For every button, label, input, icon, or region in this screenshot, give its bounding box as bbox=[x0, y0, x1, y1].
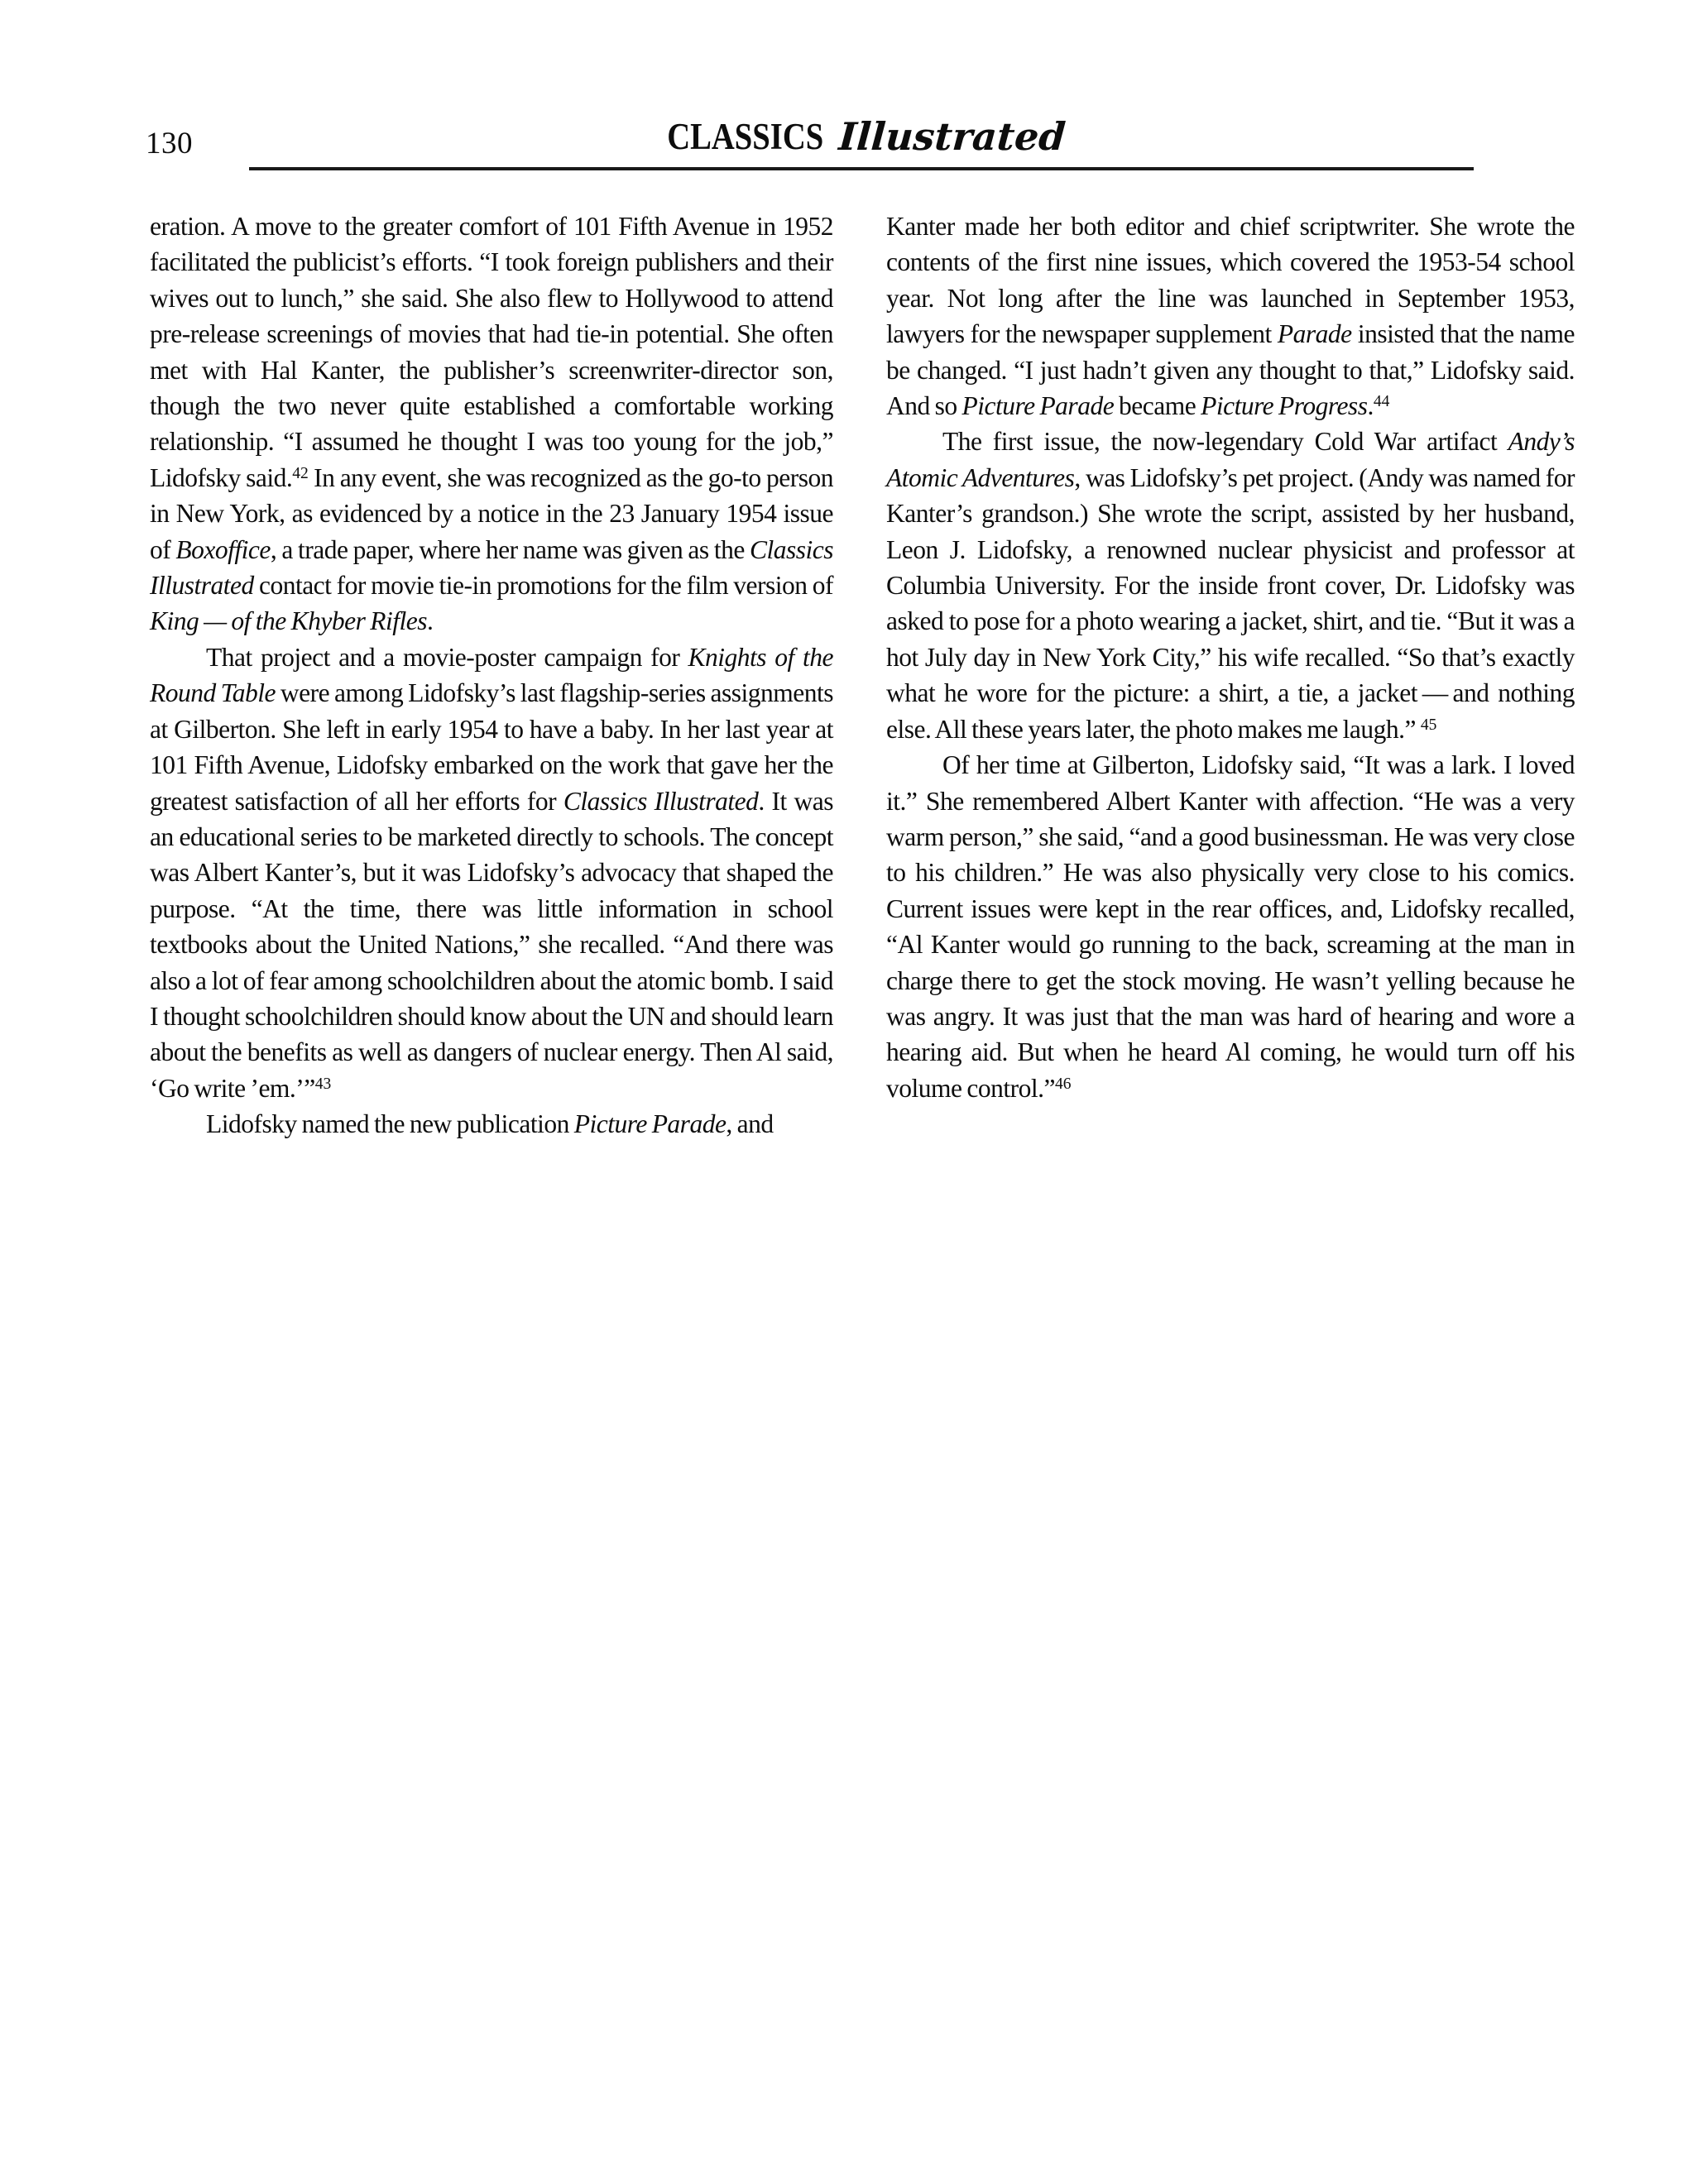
paragraph: The first issue, the now-legendary Cold … bbox=[886, 424, 1575, 747]
paragraph: Of her time at Gilberton, Lidofsky said,… bbox=[886, 747, 1575, 1106]
paragraph-continuation: Kanter made her both editor and chief sc… bbox=[886, 208, 1575, 424]
book-page: 130 CLASSICSIllustrated eration. A move … bbox=[0, 0, 1688, 2184]
running-head-title-script: Illustrated bbox=[837, 114, 1067, 159]
right-column: Kanter made her both editor and chief sc… bbox=[886, 208, 1575, 1142]
header-rule bbox=[249, 167, 1474, 170]
running-head-title-main: CLASSICS bbox=[668, 116, 824, 159]
paragraph: That project and a movie-poster campaign… bbox=[150, 639, 833, 1106]
left-column: eration. A move to the greater comfort o… bbox=[150, 208, 833, 1142]
text-columns: eration. A move to the greater comfort o… bbox=[150, 208, 1575, 1142]
paragraph: Lidofsky named the new publication Pictu… bbox=[150, 1106, 833, 1142]
running-head: CLASSICSIllustrated bbox=[150, 114, 1575, 159]
paragraph-continuation: eration. A move to the greater comfort o… bbox=[150, 208, 833, 639]
